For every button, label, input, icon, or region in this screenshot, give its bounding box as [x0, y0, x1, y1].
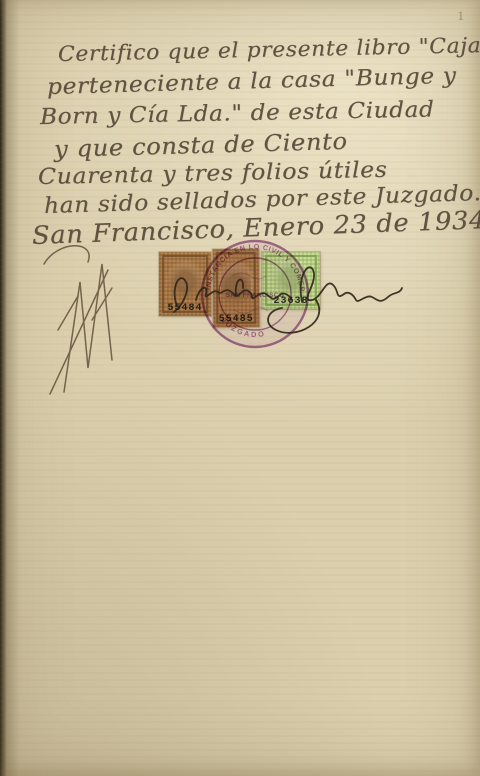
- margin-rubric-signature: [0, 0, 480, 776]
- scanned-document-page: 1 Certifico que el presente libro "Caja"…: [0, 0, 480, 776]
